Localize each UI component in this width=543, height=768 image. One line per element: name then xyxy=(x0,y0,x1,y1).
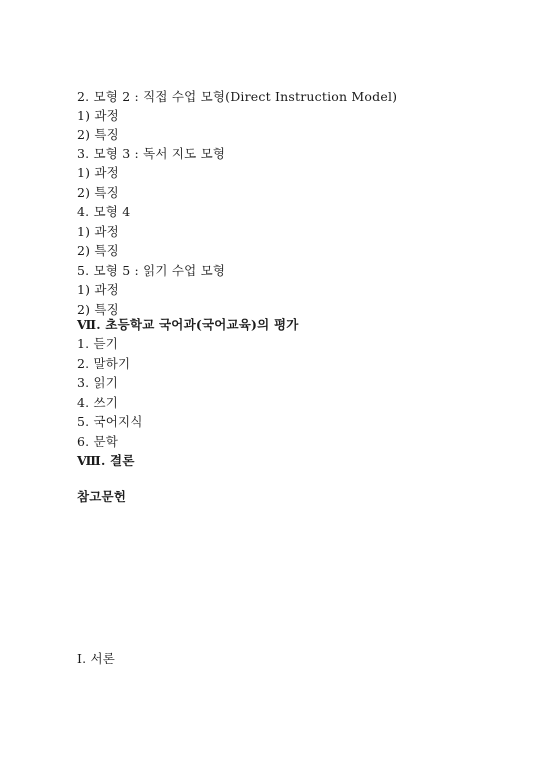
toc-line: 3. 읽기 xyxy=(77,375,118,391)
toc-line: 2. 모형 2 : 직접 수업 모형(Direct Instruction Mo… xyxy=(77,89,397,105)
references-heading: 참고문헌 xyxy=(77,489,126,505)
toc-line: 2) 특징 xyxy=(77,302,119,318)
toc-line: 2) 특징 xyxy=(77,243,119,259)
toc-line: 2) 특징 xyxy=(77,127,119,143)
toc-line: 1) 과정 xyxy=(77,165,119,181)
toc-line: 6. 문학 xyxy=(77,434,118,450)
toc-line: 2) 특징 xyxy=(77,185,119,201)
toc-line: 5. 모형 5 : 읽기 수업 모형 xyxy=(77,263,225,279)
document-page: 2. 모형 2 : 직접 수업 모형(Direct Instruction Mo… xyxy=(0,0,543,768)
toc-line: 3. 모형 3 : 독서 지도 모형 xyxy=(77,146,225,162)
section-heading-1: Ⅰ. 서론 xyxy=(77,651,115,667)
toc-line: 5. 국어지식 xyxy=(77,414,143,430)
toc-line: 4. 모형 4 xyxy=(77,204,130,220)
section-heading-8: Ⅷ. 결론 xyxy=(77,453,135,469)
toc-line: 4. 쓰기 xyxy=(77,395,118,411)
toc-line: 1. 듣기 xyxy=(77,336,118,352)
toc-line: 1) 과정 xyxy=(77,282,119,298)
toc-line: 1) 과정 xyxy=(77,108,119,124)
toc-line: 1) 과정 xyxy=(77,224,119,240)
section-heading-7: Ⅶ. 초등학교 국어과(국어교육)의 평가 xyxy=(77,317,299,333)
toc-line: 2. 말하기 xyxy=(77,356,130,372)
